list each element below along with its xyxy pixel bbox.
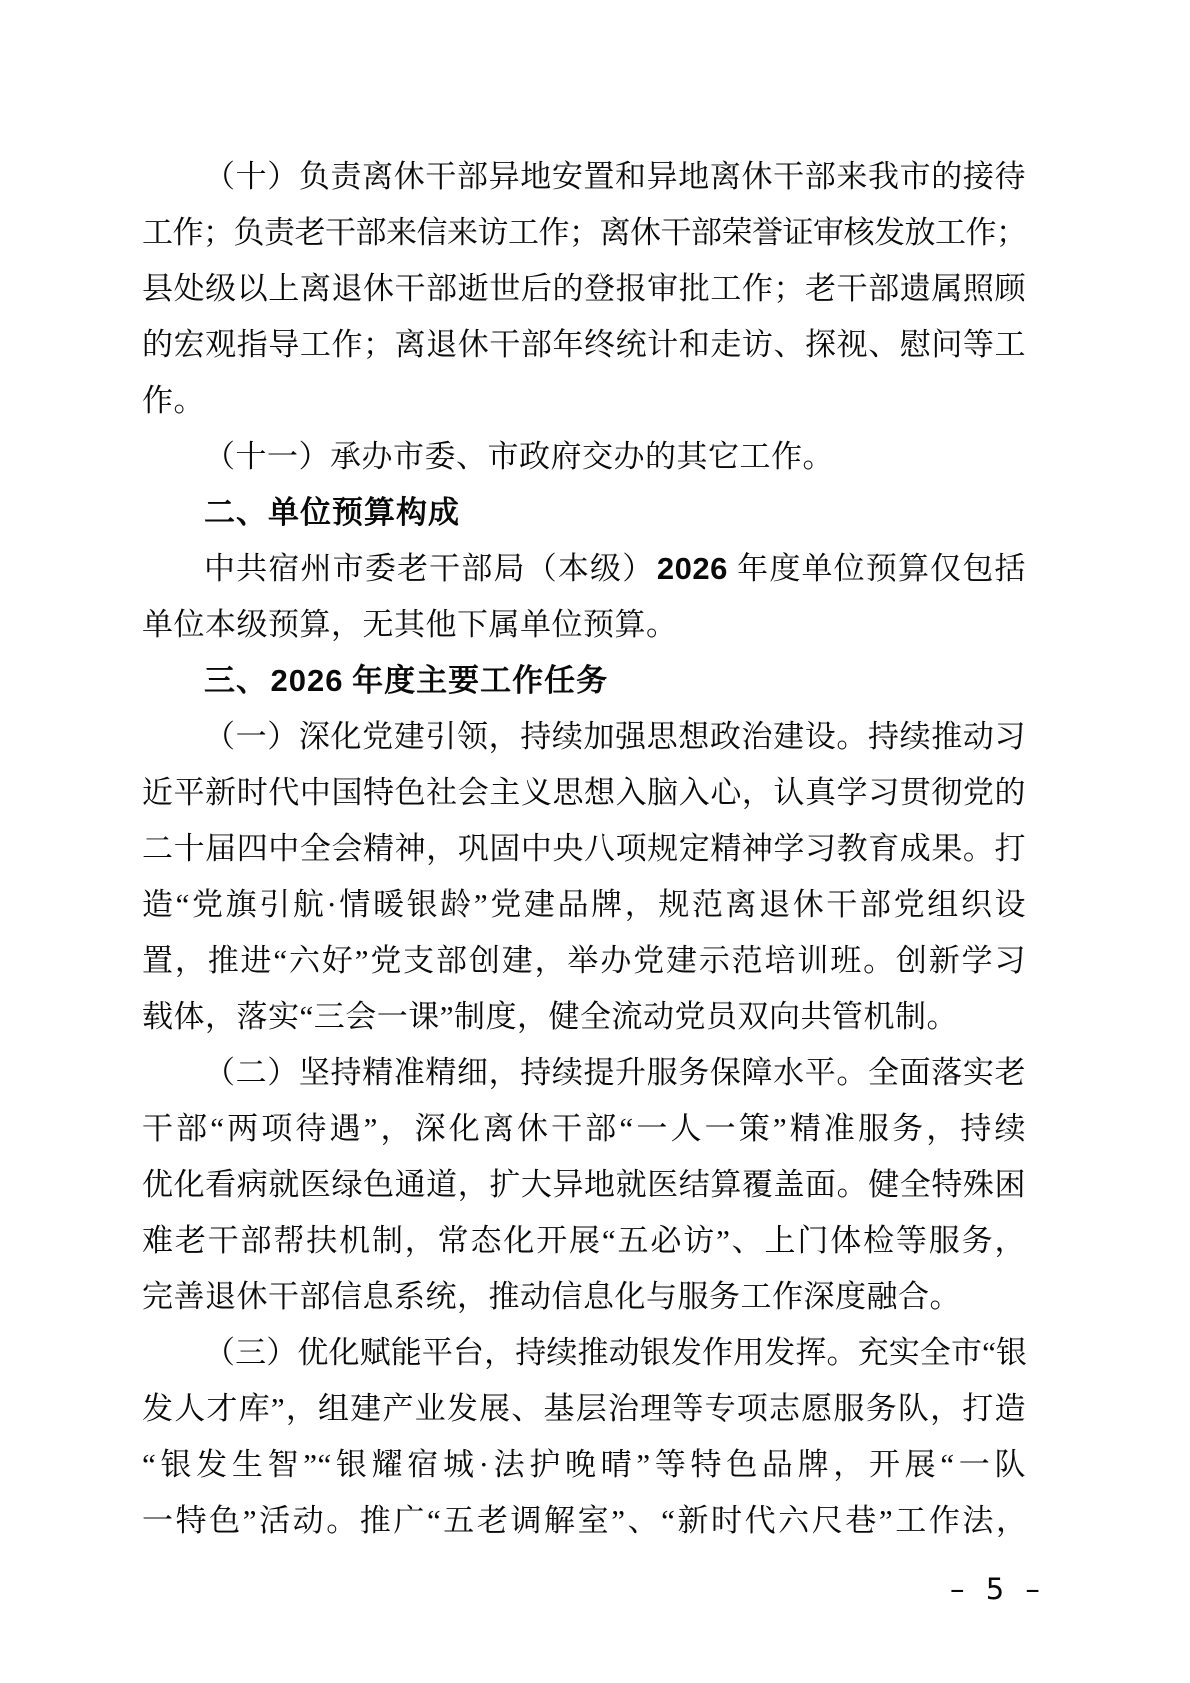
line-segment: 年度单位预算仅包括 <box>736 551 1026 586</box>
line-segment: 三、 <box>204 663 268 698</box>
paragraph-line: 近平新时代中国特色社会主义思想入脑入心，认真学习贯彻党的 <box>142 765 1026 821</box>
paragraph-line: 单位本级预算，无其他下属单位预算。 <box>142 597 1026 653</box>
paragraph-line: 发人才库”，组建产业发展、基层治理等专项志愿服务队，打造 <box>142 1381 1026 1437</box>
paragraph-line: 优化看病就医绿色通道，扩大异地就医结算覆盖面。健全特殊困 <box>142 1157 1026 1213</box>
page-number: – 5 – <box>900 1561 1090 1617</box>
paragraph-line: （十一）承办市委、市政府交办的其它工作。 <box>142 429 1026 485</box>
paragraph-line: 工作；负责老干部来信来访工作；离休干部荣誉证审核发放工作； <box>142 205 1026 261</box>
paragraph-line: 造“党旗引航·情暖银龄”党建品牌，规范离退休干部党组织设 <box>142 877 1026 933</box>
paragraph-line: 县处级以上离退休干部逝世后的登报审批工作；老干部遗属照顾 <box>142 261 1026 317</box>
paragraph-line: “银发生智”“银耀宿城·法护晚晴”等特色品牌，开展“一队 <box>142 1437 1026 1493</box>
text-block: （十）负责离休干部异地安置和异地离休干部来我市的接待 工作；负责老干部来信来访工… <box>142 149 1026 1549</box>
year-number: 2026 <box>270 663 343 698</box>
year-number: 2026 <box>657 551 728 586</box>
paragraph-line: （二）坚持精准精细，持续提升服务保障水平。全面落实老 <box>142 1045 1026 1101</box>
paragraph-line: 作。 <box>142 373 1026 429</box>
paragraph-line: 中共宿州市委老干部局（本级）2026年度单位预算仅包括 <box>142 541 1026 597</box>
paragraph-line: （十）负责离休干部异地安置和异地离休干部来我市的接待 <box>142 149 1026 205</box>
section-heading-2: 二、单位预算构成 <box>142 485 1026 541</box>
section-heading-3: 三、2026年度主要工作任务 <box>142 653 1026 709</box>
paragraph-line: 难老干部帮扶机制，常态化开展“五必访”、上门体检等服务， <box>142 1213 1026 1269</box>
paragraph-line: 完善退休干部信息系统，推动信息化与服务工作深度融合。 <box>142 1269 1026 1325</box>
paragraph-line: （三）优化赋能平台，持续推动银发作用发挥。充实全市“银 <box>142 1325 1026 1381</box>
line-segment: 中共宿州市委老干部局（本级） <box>204 551 654 586</box>
document-page: （十）负责离休干部异地安置和异地离休干部来我市的接待 工作；负责老干部来信来访工… <box>0 0 1190 1683</box>
paragraph-line: （一）深化党建引领，持续加强思想政治建设。持续推动习 <box>142 709 1026 765</box>
paragraph-line: 载体，落实“三会一课”制度，健全流动党员双向共管机制。 <box>142 989 1026 1045</box>
paragraph-line: 干部“两项待遇”，深化离休干部“一人一策”精准服务，持续 <box>142 1101 1026 1157</box>
line-segment: 年度主要工作任务 <box>352 663 608 698</box>
paragraph-line: 置，推进“六好”党支部创建，举办党建示范培训班。创新学习 <box>142 933 1026 989</box>
paragraph-line: 二十届四中全会精神，巩固中央八项规定精神学习教育成果。打 <box>142 821 1026 877</box>
paragraph-line: 的宏观指导工作；离退休干部年终统计和走访、探视、慰问等工 <box>142 317 1026 373</box>
paragraph-line: 一特色”活动。推广“五老调解室”、“新时代六尺巷”工作法， <box>142 1493 1026 1549</box>
